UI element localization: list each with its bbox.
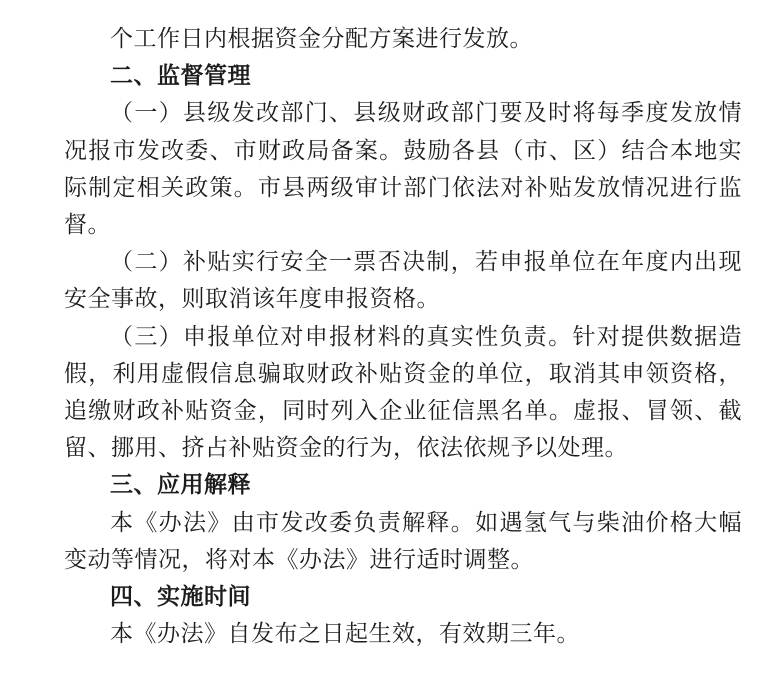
section-heading: 三、应用解释 [64, 466, 742, 503]
body-paragraph: 个工作日内根据资金分配方案进行发放。 [64, 20, 742, 57]
body-paragraph: （二）补贴实行安全一票否决制，若申报单位在年度内出现安全事故，则取消该年度申报资… [64, 243, 742, 317]
section-heading: 四、实施时间 [64, 578, 742, 615]
document-page: 个工作日内根据资金分配方案进行发放。二、监督管理（一）县级发改部门、县级财政部门… [0, 0, 762, 673]
document-body: 个工作日内根据资金分配方案进行发放。二、监督管理（一）县级发改部门、县级财政部门… [64, 20, 742, 652]
section-heading: 二、监督管理 [64, 57, 742, 94]
body-paragraph: （一）县级发改部门、县级财政部门要及时将每季度发放情况报市发改委、市财政局备案。… [64, 94, 742, 243]
body-paragraph: 本《办法》自发布之日起生效，有效期三年。 [64, 615, 742, 652]
body-paragraph: （三）申报单位对申报材料的真实性负责。针对提供数据造假，利用虚假信息骗取财政补贴… [64, 318, 742, 467]
body-paragraph: 本《办法》由市发改委负责解释。如遇氢气与柴油价格大幅变动等情况，将对本《办法》进… [64, 504, 742, 578]
